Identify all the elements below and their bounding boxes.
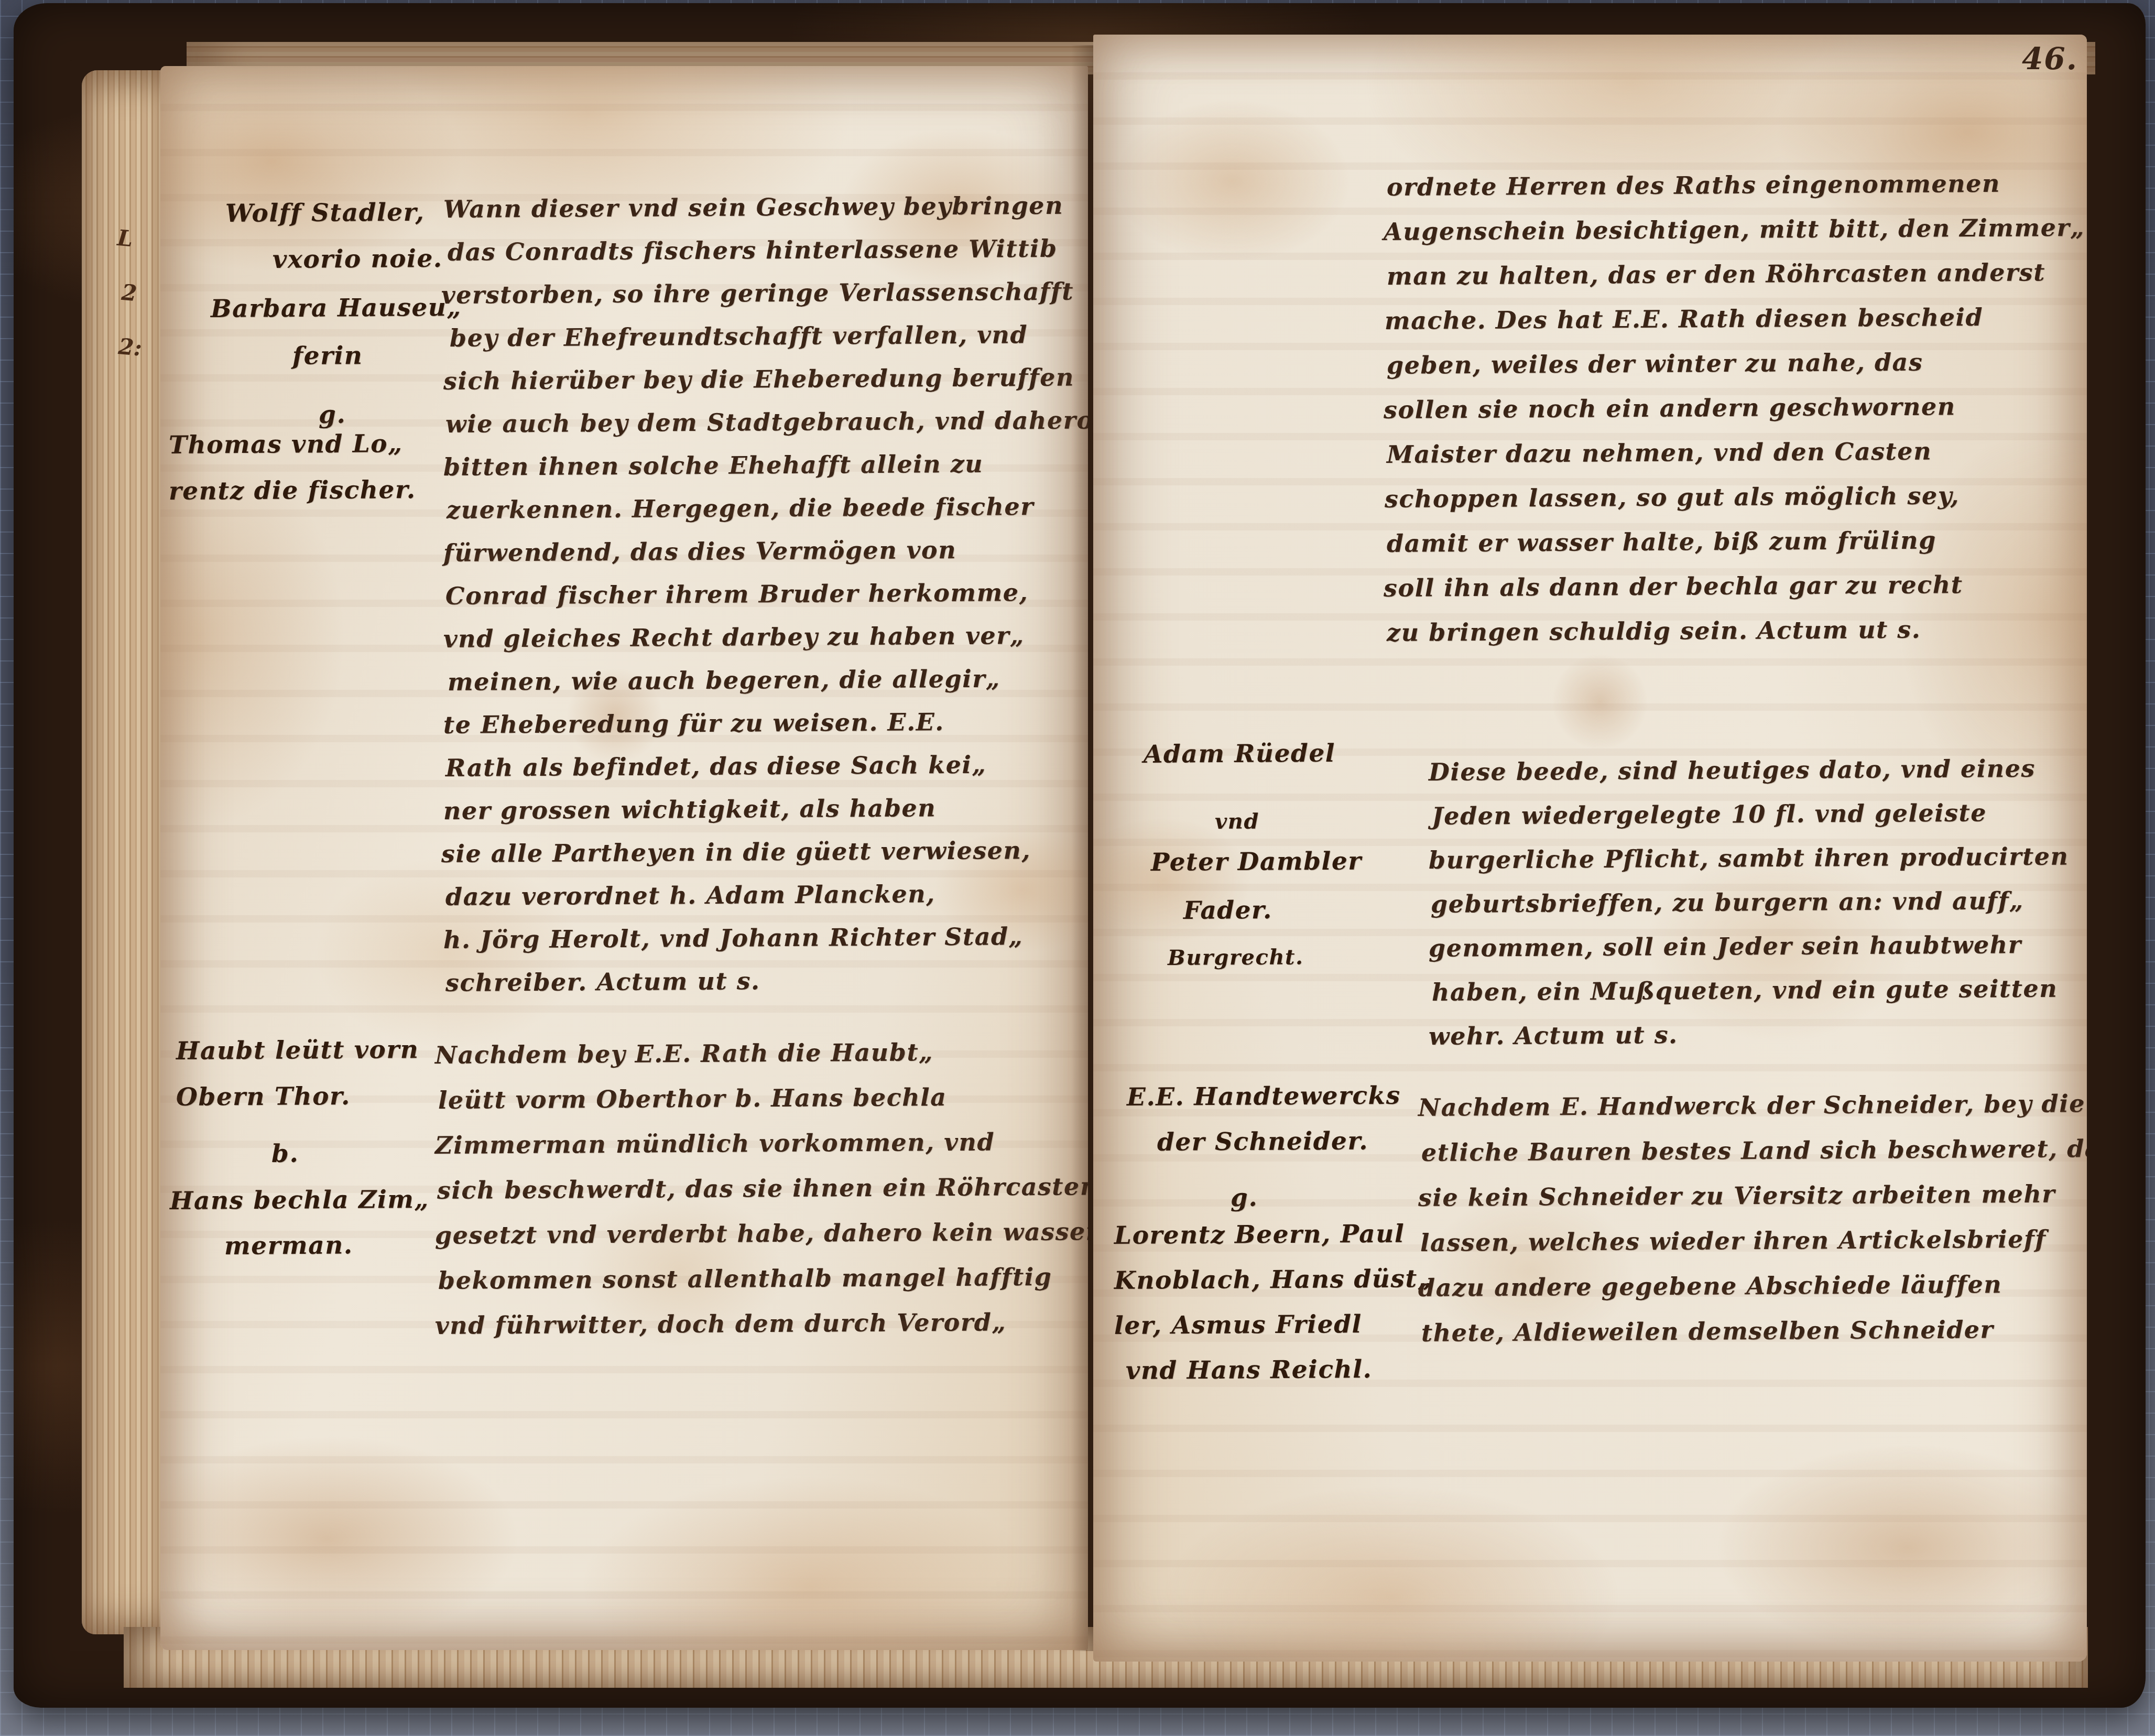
body-text-line: mache. Des hat E.E. Rath diesen bescheid	[1385, 305, 1983, 333]
body-text-line: h. Jörg Herolt, vnd Johann Richter Stad„	[443, 924, 1024, 952]
margin-note-line: Barbara Hauseu„	[211, 295, 462, 321]
margin-note-line: g.	[319, 403, 346, 427]
body-text-line: sollen sie noch ein andern geschwornen	[1384, 394, 1956, 422]
margin-note-line: Adam Rüedel	[1144, 741, 1335, 767]
body-text-line: wehr. Actum ut s.	[1429, 1023, 1678, 1048]
margin-note-line: Hans bechla Zim„	[170, 1187, 429, 1213]
body-text-line: vnd gleiches Recht darbey zu haben ver„	[443, 623, 1025, 651]
manuscript-book: L 2 2: Wolff Stadler, vxorio noie. Barba…	[14, 3, 2146, 1708]
margin-note-line: g.	[1231, 1186, 1258, 1210]
edge-mark: L	[116, 225, 134, 252]
body-text-line: das Conradts fischers hinterlassene Witt…	[448, 236, 1058, 264]
page-number: 46.	[2022, 41, 2078, 77]
margin-note-line: Burgrecht.	[1168, 947, 1304, 969]
body-text-line: Rath als befindet, das diese Sach kei„	[445, 753, 987, 780]
margin-note-line: Knoblach, Hans düst„	[1114, 1266, 1432, 1293]
edge-mark: 2:	[117, 333, 143, 361]
margin-note-line: vnd Hans Reichl.	[1126, 1357, 1373, 1383]
body-text-line: Diese beede, sind heutiges dato, vnd ein…	[1429, 756, 2036, 784]
body-text-line: fürwendend, das dies Vermögen von	[443, 538, 956, 565]
body-text-line: geben, weiles der winter zu nahe, das	[1387, 350, 1923, 377]
margin-note-line: rentz die fischer.	[169, 478, 416, 504]
body-text-line: damit er wasser halte, biß zum früling	[1387, 528, 1936, 556]
body-text-line: leütt vorm Oberthor b. Hans bechla	[438, 1085, 947, 1112]
margin-note-line: Wolff Stadler,	[225, 200, 425, 226]
margin-note-line: Lorentz Beern, Paul	[1114, 1222, 1405, 1248]
margin-note-line: Obern Thor.	[176, 1084, 351, 1110]
body-text-line: bey der Ehefreundtschafft verfallen, vnd	[450, 322, 1028, 350]
body-text-line: dazu andere gegebene Abschiede läuffen	[1418, 1272, 2002, 1300]
body-text-line: sie alle Partheyen in die güett verwiese…	[441, 838, 1031, 866]
body-text-line: burgerliche Pflicht, sambt ihren produci…	[1429, 844, 2069, 872]
left-page: Wolff Stadler, vxorio noie. Barbara Haus…	[160, 66, 1088, 1650]
body-text-line: ordnete Herren des Raths eingenommenen	[1387, 171, 2000, 199]
body-text-line: sie kein Schneider zu Viersitz arbeiten …	[1418, 1182, 2055, 1210]
margin-note-line: vnd	[1215, 811, 1259, 832]
body-text-line: dazu verordnet h. Adam Plancken,	[445, 882, 935, 909]
body-text-line: Nachdem bey E.E. Rath die Haubt„	[435, 1040, 933, 1067]
body-text-line: Conrad fischer ihrem Bruder herkomme,	[445, 580, 1028, 608]
margin-note-line: der Schneider.	[1157, 1129, 1368, 1155]
body-text-line: bitten ihnen solche Ehehafft allein zu	[443, 452, 983, 479]
body-text-line: sich hierüber bey die Eheberedung beruff…	[443, 365, 1074, 393]
body-text-line: geburtsbrieffen, zu burgern an: vnd auff…	[1431, 888, 2024, 916]
body-text-line: zu bringen schuldig sein. Actum ut s.	[1387, 617, 1921, 645]
margin-note-line: Peter Dambler	[1151, 849, 1362, 875]
body-text-line: man zu halten, das er den Röhrcasten and…	[1387, 260, 2045, 288]
margin-note-line: Thomas vnd Lo„	[169, 431, 403, 458]
body-text-line: gesetzt vnd verderbt habe, dahero kein w…	[435, 1219, 1088, 1247]
body-text-line: meinen, wie auch begeren, die allegir„	[448, 667, 1000, 694]
body-text-line: Wann dieser vnd sein Geschwey beybringen	[443, 193, 1063, 221]
margin-note-line: E.E. Handtewercks	[1127, 1083, 1401, 1110]
edge-mark: 2	[121, 279, 138, 306]
body-text-line: soll ihn als dann der bechla gar zu rech…	[1384, 572, 1963, 600]
margin-note-line: b.	[271, 1142, 299, 1166]
body-text-line: schoppen lassen, so gut als möglich sey,	[1385, 483, 1960, 511]
body-text-line: Nachdem E. Handwerck der Schneider, bey …	[1418, 1091, 2085, 1120]
body-text-line: haben, ein Mußqueten, vnd ein gute seitt…	[1432, 976, 2058, 1004]
body-text-line: Maister dazu nehmen, vnd den Casten	[1387, 439, 1932, 466]
margin-note-line: Haubt leütt vorn	[176, 1037, 419, 1064]
body-text-line: Zimmerman mündlich vorkommen, vnd	[435, 1130, 995, 1157]
right-page: 46. ordnete Herren des Raths eingenommen…	[1093, 35, 2087, 1662]
margin-note-line: ferin	[292, 343, 363, 368]
body-text-line: zuerkennen. Hergegen, die beede fischer	[447, 494, 1034, 522]
body-text-line: Jeden wiedergelegte 10 fl. vnd geleiste	[1432, 801, 1987, 828]
margin-note-line: vxorio noie.	[273, 246, 443, 272]
body-text-line: ner grossen wichtigkeit, als haben	[443, 796, 936, 823]
body-text-line: thete, Aldieweilen demselben Schneider	[1421, 1317, 1994, 1345]
margin-note-line: Fader.	[1183, 898, 1272, 923]
body-text-line: verstorben, so ihre geringe Verlassensch…	[441, 279, 1074, 307]
body-text-line: bekommen sonst allenthalb mangel hafftig	[438, 1265, 1052, 1293]
margin-note-line: merman.	[224, 1233, 353, 1258]
margin-note-line: ler, Asmus Friedl	[1114, 1312, 1362, 1338]
body-text-line: etliche Bauren bestes Land sich beschwer…	[1421, 1136, 2087, 1165]
body-text-line: Augenschein besichtigen, mitt bitt, den …	[1384, 215, 2085, 244]
body-text-line: schreiber. Actum ut s.	[445, 969, 760, 995]
body-text-line: genommen, soll ein Jeder sein haubtwehr	[1429, 932, 2022, 960]
body-text-line: vnd führwitter, doch dem durch Verord„	[435, 1310, 1007, 1338]
body-text-line: wie auch bey dem Stadtgebrauch, vnd dahe…	[445, 408, 1088, 436]
body-text-line: lassen, welches wieder ihren Artickelsbr…	[1420, 1227, 2047, 1255]
body-text-line: te Eheberedung für zu weisen. E.E.	[443, 710, 944, 737]
body-text-line: sich beschwerdt, das sie ihnen ein Röhrc…	[437, 1174, 1088, 1202]
